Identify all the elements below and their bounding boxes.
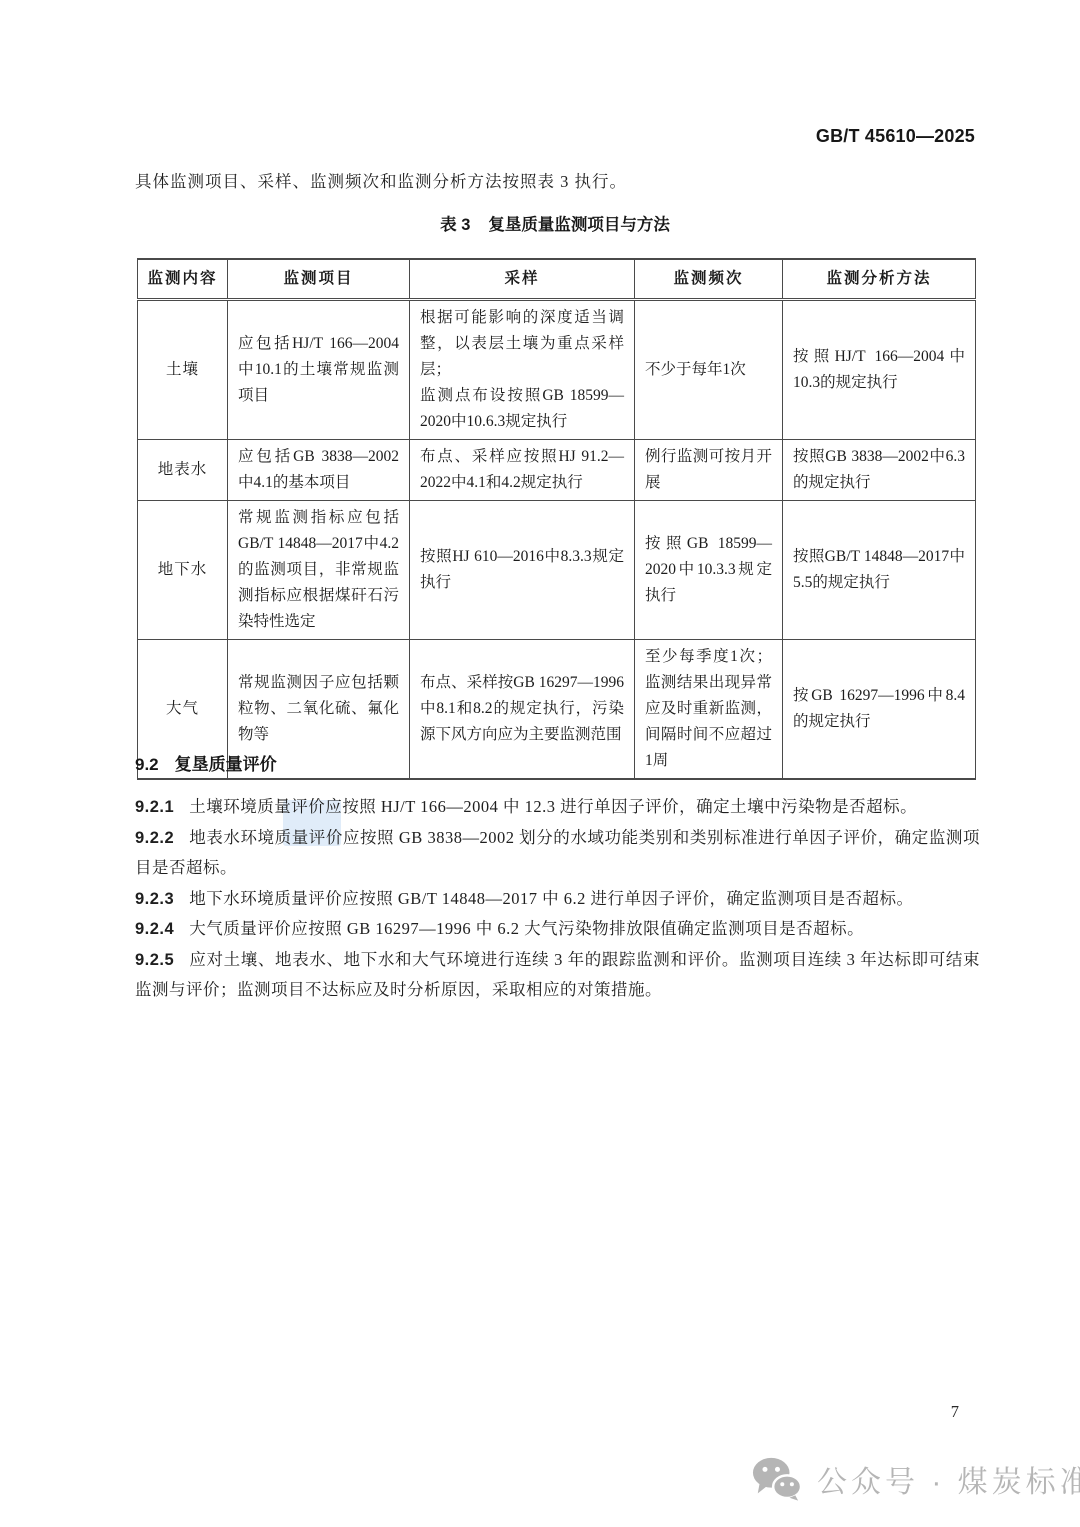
cell-frequency: 按照GB 18599—2020中10.3.3规定执行 xyxy=(635,501,783,640)
clause-9-2-3: 9.2.3地下水环境质量评价应按照 GB/T 14848—2017 中 6.2 … xyxy=(135,884,980,915)
table-title: 表 3复垦质量监测项目与方法 xyxy=(135,211,975,235)
clause-9-2-5: 9.2.5应对土壤、地表水、地下水和大气环境进行连续 3 年的跟踪监测和评价。监… xyxy=(135,945,980,1006)
clause-text: 大气质量评价应按照 GB 16297—1996 中 6.2 大气污染物排放限值确… xyxy=(189,919,864,938)
header-cell-sampling: 采样 xyxy=(410,259,635,300)
wechat-account-name: 公众号 · 煤炭标准 xyxy=(817,1457,1080,1501)
cell-method: 按照GB 3838—2002中6.3的规定执行 xyxy=(783,440,976,501)
clause-9-2-2: 9.2.2地表水环境质量评价应按照 GB 3838—2002 划分的水域功能类别… xyxy=(135,823,980,884)
cell-sampling: 布点、采样应按照HJ 91.2—2022中4.1和4.2规定执行 xyxy=(410,440,635,501)
cell-sampling: 根据可能影响的深度适当调整，以表层土壤为重点采样层； 监测点布设按照GB 185… xyxy=(410,300,635,440)
cell-content: 地表水 xyxy=(138,440,228,501)
clause-9-2-4: 9.2.4大气质量评价应按照 GB 16297—1996 中 6.2 大气污染物… xyxy=(135,914,980,945)
section-number: 9.2 xyxy=(135,755,159,774)
table-row-surface-water: 地表水 应包括GB 3838—2002中4.1的基本项目 布点、采样应按照HJ … xyxy=(138,440,976,501)
cell-sampling: 布点、采样按GB 16297—1996中8.1和8.2的规定执行，污染源下风方向… xyxy=(410,640,635,780)
cell-method: 按照GB/T 14848—2017中5.5的规定执行 xyxy=(783,501,976,640)
standard-code: GB/T 45610—2025 xyxy=(816,126,975,147)
clause-text: 地下水环境质量评价应按照 GB/T 14848—2017 中 6.2 进行单因子… xyxy=(189,889,913,908)
table-title-text: 复垦质量监测项目与方法 xyxy=(488,216,670,234)
clause-text: 应对土壤、地表水、地下水和大气环境进行连续 3 年的跟踪监测和评价。监测项目连续… xyxy=(135,950,980,1000)
cell-frequency: 例行监测可按月开展 xyxy=(635,440,783,501)
page-number: 7 xyxy=(951,1402,959,1422)
wechat-account-badge: 公众号 · 煤炭标准 xyxy=(752,1456,1080,1502)
clause-number: 9.2.4 xyxy=(135,920,174,938)
header-cell-frequency: 监测频次 xyxy=(635,259,783,300)
cell-sampling: 按照HJ 610—2016中8.3.3规定执行 xyxy=(410,501,635,640)
cell-project: 应包括GB 3838—2002中4.1的基本项目 xyxy=(228,440,410,501)
table-row-soil: 土壤 应包括HJ/T 166—2004中10.1的土壤常规监测项目 根据可能影响… xyxy=(138,300,976,440)
cell-method: 按GB 16297—1996中8.4的规定执行 xyxy=(783,640,976,780)
document-page: GB/T 45610—2025 具体监测项目、采样、监测频次和监测分析方法按照表… xyxy=(0,0,1080,1527)
cell-frequency: 不少于每年1次 xyxy=(635,300,783,440)
header-cell-content: 监测内容 xyxy=(138,259,228,300)
section-title: 复垦质量评价 xyxy=(175,755,277,774)
cell-content: 地下水 xyxy=(138,501,228,640)
clause-text: 地表水环境质量评价应按照 GB 3838—2002 划分的水域功能类别和类别标准… xyxy=(135,828,980,878)
clause-list: 9.2.1土壤环境质量评价应按照 HJ/T 166—2004 中 12.3 进行… xyxy=(135,792,980,1006)
cell-method: 按照HJ/T 166—2004中10.3的规定执行 xyxy=(783,300,976,440)
clause-number: 9.2.1 xyxy=(135,798,174,816)
clause-text: 土壤环境质量评价应按照 HJ/T 166—2004 中 12.3 进行单因子评价… xyxy=(189,797,917,816)
table-row-groundwater: 地下水 常规监测指标应包括GB/T 14848—2017中4.2的监测项目，非常… xyxy=(138,501,976,640)
clause-number: 9.2.3 xyxy=(135,890,174,908)
wechat-icon xyxy=(752,1456,802,1502)
header-cell-project: 监测项目 xyxy=(228,259,410,300)
header-cell-method: 监测分析方法 xyxy=(783,259,976,300)
monitoring-table: 监测内容 监测项目 采样 监测频次 监测分析方法 土壤 应包括HJ/T 166—… xyxy=(137,258,976,780)
clause-number: 9.2.5 xyxy=(135,951,174,969)
clause-number: 9.2.2 xyxy=(135,829,174,847)
clause-9-2-1: 9.2.1土壤环境质量评价应按照 HJ/T 166—2004 中 12.3 进行… xyxy=(135,792,980,823)
cell-frequency: 至少每季度1次；监测结果出现异常应及时重新监测，间隔时间不应超过1周 xyxy=(635,640,783,780)
table-title-label: 表 3 xyxy=(440,216,470,234)
cell-project: 常规监测指标应包括GB/T 14848—2017中4.2的监测项目，非常规监测指… xyxy=(228,501,410,640)
cell-content: 土壤 xyxy=(138,300,228,440)
cell-project: 应包括HJ/T 166—2004中10.1的土壤常规监测项目 xyxy=(228,300,410,440)
section-heading: 9.2复垦质量评价 xyxy=(135,750,277,775)
intro-paragraph: 具体监测项目、采样、监测频次和监测分析方法按照表 3 执行。 xyxy=(135,169,975,195)
table-header-row: 监测内容 监测项目 采样 监测频次 监测分析方法 xyxy=(138,259,976,300)
